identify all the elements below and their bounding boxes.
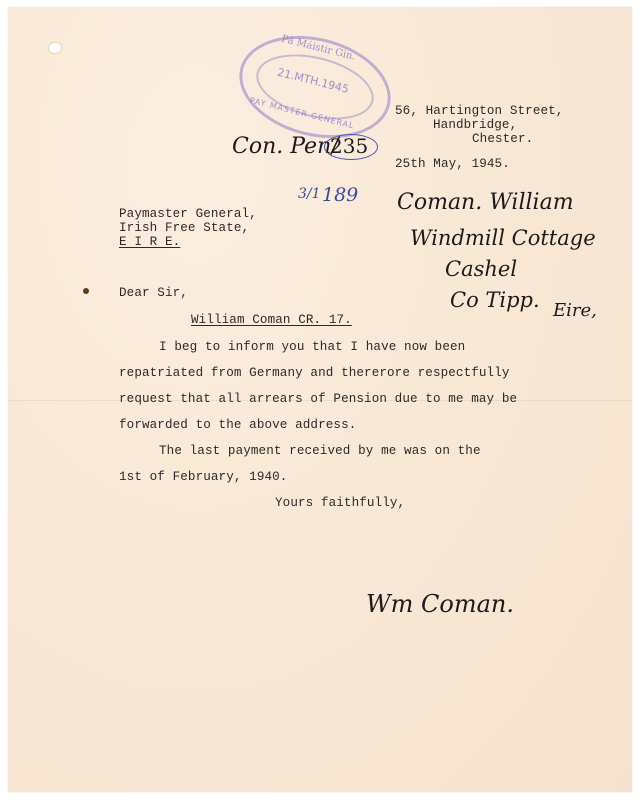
- body-para1-line2: repatriated from Germany and thererore r…: [119, 366, 510, 380]
- signature: Wm Coman.: [366, 590, 514, 618]
- subject-line: William Coman CR. 17.: [191, 313, 352, 327]
- punch-hole: [49, 43, 61, 53]
- recipient-line2: Irish Free State,: [119, 221, 249, 235]
- reference-annotation: Con. Pen/: [232, 134, 339, 159]
- blue-number-annotation: 189: [322, 184, 358, 206]
- handwritten-address-line5: Eire,: [553, 300, 597, 321]
- closing: Yours faithfully,: [275, 496, 405, 510]
- ink-dot: [83, 288, 89, 294]
- handwritten-address-line3: Cashel: [445, 257, 517, 281]
- body-para2-line1: The last payment received by me was on t…: [159, 444, 481, 458]
- reference-number: 235: [330, 134, 368, 158]
- body-para1-line1: I beg to inform you that I have now been: [159, 340, 465, 354]
- sender-address-line2: Handbridge,: [433, 118, 517, 132]
- handwritten-name: Coman. William: [397, 190, 574, 215]
- sender-address-line3: Chester.: [472, 132, 533, 146]
- handwritten-address-line4: Co Tipp.: [450, 288, 540, 312]
- body-para1-line4: forwarded to the above address.: [119, 418, 356, 432]
- sender-address-line1: 56, Hartington Street,: [395, 104, 563, 118]
- recipient-line3: E I R E.: [119, 235, 180, 249]
- body-para1-line3: request that all arrears of Pension due …: [119, 392, 517, 406]
- blue-fraction-annotation: 3/1: [298, 186, 321, 202]
- letter-date: 25th May, 1945.: [395, 157, 510, 171]
- handwritten-address-line2: Windmill Cottage: [410, 226, 596, 250]
- salutation: Dear Sir,: [119, 286, 188, 300]
- body-para2-line2: 1st of February, 1940.: [119, 470, 287, 484]
- recipient-line1: Paymaster General,: [119, 207, 257, 221]
